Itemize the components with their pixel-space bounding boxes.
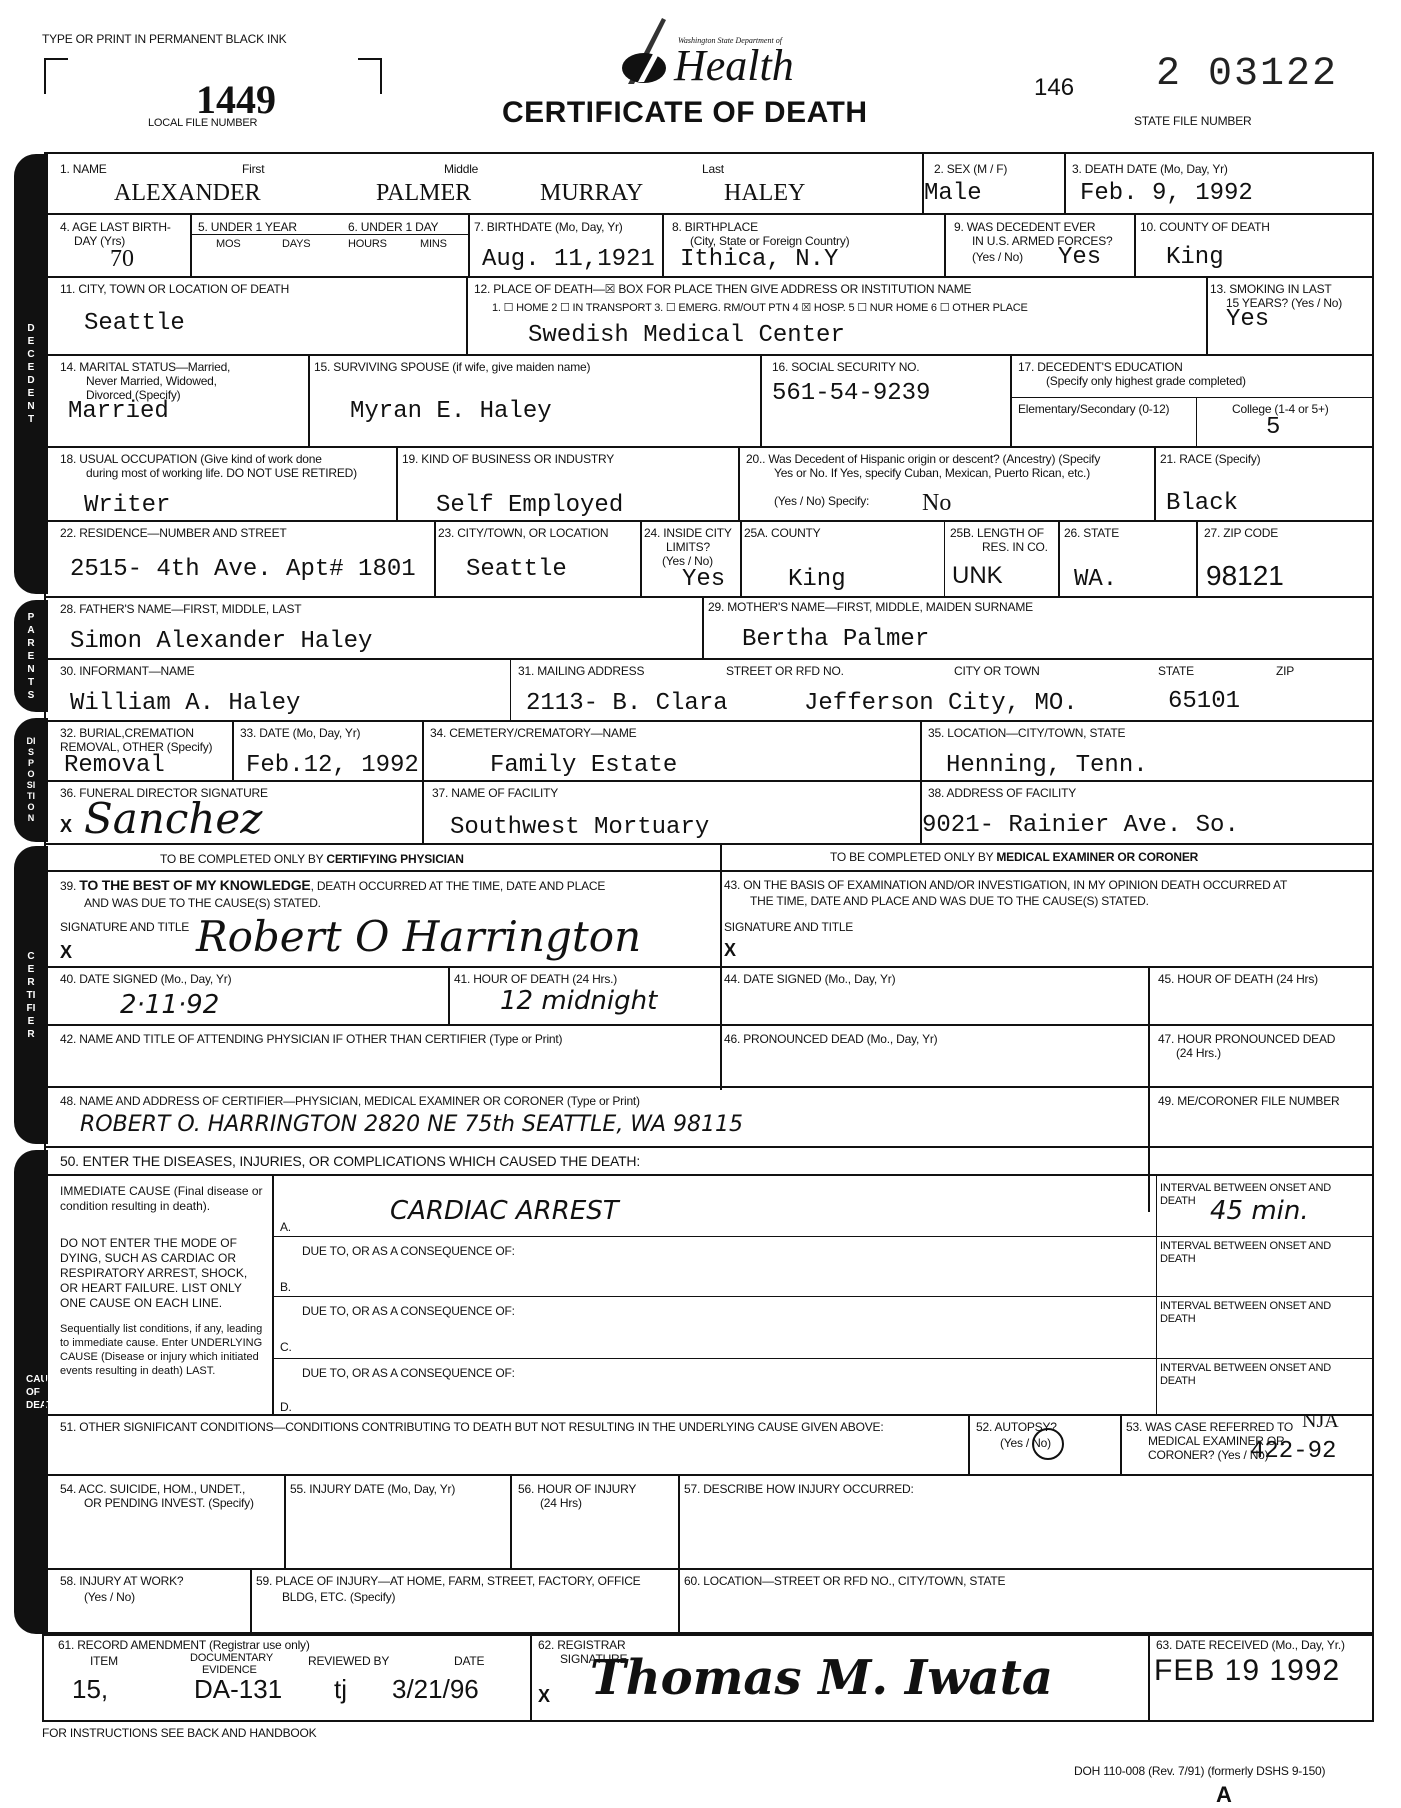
physician-signature: Robert O Harrington bbox=[196, 912, 641, 961]
field-39-label-2: AND WAS DUE TO THE CAUSE(S) STATED. bbox=[84, 896, 321, 910]
field-39-label: 39. TO THE BEST OF MY KNOWLEDGE, DEATH O… bbox=[60, 878, 605, 893]
corner-bracket-right bbox=[358, 58, 382, 94]
age-value: 70 bbox=[110, 246, 134, 273]
interval-a: 45 min. bbox=[1210, 1196, 1309, 1226]
field-46-label: 46. PRONOUNCED DEAD (Mo., Day, Yr) bbox=[724, 1032, 937, 1046]
field-50-label: 50. ENTER THE DISEASES, INJURIES, OR COM… bbox=[60, 1154, 640, 1168]
residence-street: 2515- 4th Ave. Apt# 1801 bbox=[70, 556, 416, 583]
field-59-label: 59. PLACE OF INJURY—AT HOME, FARM, STREE… bbox=[256, 1574, 640, 1588]
amendment-reviewed-by: tj bbox=[334, 1674, 347, 1705]
field-47-label-2: (24 Hrs.) bbox=[1176, 1046, 1221, 1060]
field-37-label: 37. NAME OF FACILITY bbox=[432, 786, 558, 800]
amendment-evidence: DA-131 bbox=[194, 1674, 282, 1705]
mailing-zip: 65101 bbox=[1168, 688, 1240, 715]
field-25b-label-2: RES. IN CO. bbox=[982, 540, 1048, 554]
field-3-label: 3. DEATH DATE (Mo, Day, Yr) bbox=[1072, 162, 1228, 176]
signature-x-mark: X bbox=[60, 942, 72, 963]
signature-title-label: SIGNATURE AND TITLE bbox=[60, 920, 189, 934]
referred-number: 422-92 bbox=[1250, 1438, 1336, 1465]
field-44-label: 44. DATE SIGNED (Mo., Day, Yr) bbox=[724, 972, 895, 986]
elementary-label: Elementary/Secondary (0-12) bbox=[1018, 402, 1169, 416]
field-11-label: 11. CITY, TOWN OR LOCATION OF DEATH bbox=[60, 282, 289, 296]
field-9-label-3: (Yes / No) bbox=[972, 250, 1023, 264]
tab-certifier: CERTIFIER bbox=[14, 846, 48, 1144]
field-49-label: 49. ME/CORONER FILE NUMBER bbox=[1158, 1094, 1340, 1108]
field-54-label-2: OR PENDING INVEST. (Specify) bbox=[84, 1496, 254, 1510]
cause-line-c-letter: C. bbox=[280, 1340, 292, 1354]
residence-county: King bbox=[788, 566, 846, 593]
last-name: HALEY bbox=[724, 180, 805, 207]
mailing-street: 2113- B. Clara bbox=[526, 690, 728, 717]
field-25b-label: 25B. LENGTH OF bbox=[950, 526, 1044, 540]
informant-name: William A. Haley bbox=[70, 690, 300, 717]
date-col-label: DATE bbox=[454, 1654, 484, 1668]
disposition-date: Feb.12, 1992 bbox=[246, 752, 419, 779]
mother-name: Bertha Palmer bbox=[742, 626, 929, 653]
college-value: 5 bbox=[1266, 414, 1280, 441]
residence-state: WA. bbox=[1074, 566, 1117, 593]
sex-value: Male bbox=[924, 180, 982, 207]
underlying-cause-instruction: Sequentially list conditions, if any, le… bbox=[60, 1322, 266, 1378]
field-20-label: 20.. Was Decedent of Hispanic origin or … bbox=[746, 452, 1100, 466]
field-58-label: 58. INJURY AT WORK? bbox=[60, 1574, 183, 1588]
cause-line-a: CARDIAC ARREST bbox=[390, 1196, 619, 1226]
item-col-label: ITEM bbox=[90, 1654, 118, 1668]
corner-bracket-left bbox=[44, 58, 68, 94]
due-to-d-label: DUE TO, OR AS A CONSEQUENCE OF: bbox=[302, 1366, 515, 1380]
physician-section-header: TO BE COMPLETED ONLY BY CERTIFYING PHYSI… bbox=[160, 852, 464, 866]
field-61-label: 61. RECORD AMENDMENT (Registrar use only… bbox=[58, 1638, 310, 1652]
facility-name: Southwest Mortuary bbox=[450, 814, 709, 841]
place-of-death: Swedish Medical Center bbox=[528, 322, 845, 349]
field-1-label: 1. NAME bbox=[60, 162, 107, 176]
field-32-label: 32. BURIAL,CREMATION bbox=[60, 726, 194, 740]
city-label: CITY OR TOWN bbox=[954, 664, 1040, 678]
tab-disposition: DISPOSITION bbox=[14, 718, 48, 842]
street-label: STREET OR RFD NO. bbox=[726, 664, 844, 678]
birthplace: Ithica, N.Y bbox=[680, 246, 838, 273]
field-15-label: 15. SURVIVING SPOUSE (if wife, give maid… bbox=[314, 360, 590, 374]
field-40-label: 40. DATE SIGNED (Mo., Day, Yr) bbox=[60, 972, 231, 986]
due-to-b-label: DUE TO, OR AS A CONSEQUENCE OF: bbox=[302, 1244, 515, 1258]
state-label: STATE bbox=[1158, 664, 1194, 678]
residence-city: Seattle bbox=[466, 556, 567, 583]
father-name: Simon Alexander Haley bbox=[70, 628, 372, 655]
city-of-death: Seattle bbox=[84, 310, 185, 337]
code-146: 146 bbox=[1034, 74, 1074, 102]
date-signed: 2·11·92 bbox=[120, 990, 219, 1020]
field-48-label: 48. NAME AND ADDRESS OF CERTIFIER—PHYSIC… bbox=[60, 1094, 640, 1108]
field-22-label: 22. RESIDENCE—NUMBER AND STREET bbox=[60, 526, 287, 540]
middle-name: PALMER bbox=[376, 180, 471, 207]
surviving-spouse: Myran E. Haley bbox=[350, 398, 552, 425]
date-received-stamp: FEB 19 1992 bbox=[1154, 1654, 1340, 1688]
field-17-sub: (Specify only highest grade completed) bbox=[1046, 374, 1246, 388]
field-9-label: 9. WAS DECEDENT EVER bbox=[954, 220, 1095, 234]
occupation: Writer bbox=[84, 492, 170, 519]
field-8-label: 8. BIRTHPLACE bbox=[672, 220, 758, 234]
tab-decedent: DECEDENT bbox=[14, 154, 48, 594]
me-signature-label: SIGNATURE AND TITLE bbox=[724, 920, 853, 934]
zip-code: 98121 bbox=[1206, 560, 1284, 592]
field-47-label: 47. HOUR PRONOUNCED DEAD bbox=[1158, 1032, 1335, 1046]
mode-of-dying-instruction: DO NOT ENTER THE MODE OF DYING, SUCH AS … bbox=[60, 1236, 266, 1311]
field-33-label: 33. DATE (Mo, Day, Yr) bbox=[240, 726, 360, 740]
page-title: CERTIFICATE OF DEATH bbox=[502, 96, 868, 130]
local-file-number: 1449 bbox=[196, 80, 276, 120]
amendment-date: 3/21/96 bbox=[392, 1674, 479, 1705]
facility-address: 9021- Rainier Ave. So. bbox=[922, 812, 1239, 839]
field-23-label: 23. CITY/TOWN, OR LOCATION bbox=[438, 526, 608, 540]
marital-status: Married bbox=[68, 398, 169, 425]
race-value: Black bbox=[1166, 490, 1238, 517]
field-43-label-2: THE TIME, DATE AND PLACE AND WAS DUE TO … bbox=[750, 894, 1149, 908]
funeral-director-signature: Sanchez bbox=[84, 794, 262, 843]
field-27-label: 27. ZIP CODE bbox=[1204, 526, 1278, 540]
field-18-label: 18. USUAL OCCUPATION (Give kind of work … bbox=[60, 452, 322, 466]
inside-city-value: Yes bbox=[682, 566, 725, 593]
field-45-label: 45. HOUR OF DEATH (24 Hrs) bbox=[1158, 972, 1318, 986]
field-38-label: 38. ADDRESS OF FACILITY bbox=[928, 786, 1076, 800]
state-file-number-label: STATE FILE NUMBER bbox=[1134, 114, 1252, 128]
reviewed-col-label: REVIEWED BY bbox=[308, 1654, 389, 1668]
field-26-label: 26. STATE bbox=[1064, 526, 1119, 540]
zip-label: ZIP bbox=[1276, 664, 1294, 678]
field-31-label: 31. MAILING ADDRESS bbox=[518, 664, 644, 678]
mins-label: MINS bbox=[420, 238, 447, 251]
registrar-signature: Thomas M. Iwata bbox=[590, 1650, 1053, 1706]
hispanic-value: No bbox=[922, 490, 951, 517]
birthdate: Aug. 11,1921 bbox=[482, 246, 655, 273]
instructions-note: FOR INSTRUCTIONS SEE BACK AND HANDBOOK bbox=[42, 1726, 316, 1740]
field-59-label-2: BLDG, ETC. (Specify) bbox=[282, 1590, 395, 1604]
field-14-label-2: Never Married, Widowed, bbox=[86, 374, 217, 388]
field-13-label: 13. SMOKING IN LAST bbox=[1210, 282, 1332, 296]
field-19-label: 19. KIND OF BUSINESS OR INDUSTRY bbox=[402, 452, 614, 466]
county-of-death: King bbox=[1166, 244, 1224, 271]
middle-name-2: MURRAY bbox=[540, 180, 643, 207]
cause-line-a-letter: A. bbox=[280, 1220, 291, 1234]
interval-label-b: INTERVAL BETWEEN ONSET AND DEATH bbox=[1160, 1240, 1360, 1266]
field-18-label-2: during most of working life. DO NOT USE … bbox=[86, 466, 357, 480]
cemetery-location: Henning, Tenn. bbox=[946, 752, 1148, 779]
health-logo-icon bbox=[614, 16, 676, 86]
field-24-label-2: LIMITS? bbox=[666, 540, 710, 554]
local-file-number-label: LOCAL FILE NUMBER bbox=[148, 116, 257, 130]
hours-label: HOURS bbox=[348, 238, 387, 251]
field-56-label-2: (24 Hrs) bbox=[540, 1496, 582, 1510]
place-of-death-options: 1. ☐ HOME 2 ☐ IN TRANSPORT 3. ☐ EMERG. R… bbox=[492, 302, 1028, 315]
me-section-header: TO BE COMPLETED ONLY BY MEDICAL EXAMINER… bbox=[830, 850, 1198, 864]
industry: Self Employed bbox=[436, 492, 623, 519]
interval-label-d: INTERVAL BETWEEN ONSET AND DEATH bbox=[1160, 1362, 1360, 1388]
field-34-label: 34. CEMETERY/CREMATORY—NAME bbox=[430, 726, 636, 740]
field-10-label: 10. COUNTY OF DEATH bbox=[1140, 220, 1270, 234]
length-of-residence: UNK bbox=[952, 562, 1003, 590]
due-to-c-label: DUE TO, OR AS A CONSEQUENCE OF: bbox=[302, 1304, 515, 1318]
field-58-label-2: (Yes / No) bbox=[84, 1590, 135, 1604]
state-file-number: 2 03122 bbox=[1156, 52, 1338, 97]
field-17-label: 17. DECEDENT'S EDUCATION bbox=[1018, 360, 1183, 374]
autopsy-no-circle bbox=[1032, 1428, 1064, 1460]
first-name: ALEXANDER bbox=[114, 180, 261, 207]
field-16-label: 16. SOCIAL SECURITY NO. bbox=[772, 360, 919, 374]
ink-instruction: TYPE OR PRINT IN PERMANENT BLACK INK bbox=[42, 32, 286, 46]
field-51-label: 51. OTHER SIGNIFICANT CONDITIONS—CONDITI… bbox=[60, 1420, 883, 1434]
referred-nja: NJA bbox=[1302, 1410, 1339, 1433]
ssn-value: 561-54-9239 bbox=[772, 380, 930, 407]
immediate-cause-instruction: IMMEDIATE CAUSE (Final disease or condit… bbox=[60, 1184, 266, 1214]
cause-line-b-letter: B. bbox=[280, 1280, 291, 1294]
cause-line-d-letter: D. bbox=[280, 1400, 292, 1414]
smoking-value: Yes bbox=[1226, 306, 1269, 333]
field-53-label: 53. WAS CASE REFERRED TO bbox=[1126, 1420, 1293, 1434]
middle-label: Middle bbox=[444, 162, 478, 176]
field-43-label: 43. ON THE BASIS OF EXAMINATION AND/OR I… bbox=[724, 878, 1287, 892]
field-14-label: 14. MARITAL STATUS—Married, bbox=[60, 360, 230, 374]
registrar-x-mark: X bbox=[538, 1686, 550, 1707]
field-20-label-3: (Yes / No) Specify: bbox=[774, 494, 869, 508]
field-20-label-2: Yes or No. If Yes, specify Cuban, Mexica… bbox=[774, 466, 1090, 480]
field-24-label: 24. INSIDE CITY bbox=[644, 526, 732, 540]
hour-of-death: 12 midnight bbox=[500, 986, 657, 1016]
field-21-label: 21. RACE (Specify) bbox=[1160, 452, 1260, 466]
field-30-label: 30. INFORMANT—NAME bbox=[60, 664, 194, 678]
death-date: Feb. 9, 1992 bbox=[1080, 180, 1253, 207]
field-55-label: 55. INJURY DATE (Mo, Day, Yr) bbox=[290, 1482, 455, 1496]
days-label: DAYS bbox=[282, 238, 310, 251]
field-35-label: 35. LOCATION—CITY/TOWN, STATE bbox=[928, 726, 1125, 740]
field-2-label: 2. SEX (M / F) bbox=[934, 162, 1007, 176]
amendment-item: 15, bbox=[72, 1674, 108, 1705]
health-wordmark: Health bbox=[674, 42, 794, 90]
field-28-label: 28. FATHER'S NAME—FIRST, MIDDLE, LAST bbox=[60, 602, 301, 616]
tab-parents: PARENTS bbox=[14, 600, 48, 712]
signature-x-mark: X bbox=[60, 816, 72, 837]
form-number: DOH 110-008 (Rev. 7/91) (formerly DSHS 9… bbox=[1074, 1764, 1325, 1778]
field-63-label: 63. DATE RECEIVED (Mo., Day, Yr.) bbox=[1156, 1638, 1345, 1652]
tab-cause-of-death: CAUSE OF DEATH bbox=[14, 1150, 48, 1634]
field-5-label: 5. UNDER 1 YEAR bbox=[198, 220, 297, 234]
field-54-label: 54. ACC. SUICIDE, HOM., UNDET., bbox=[60, 1482, 245, 1496]
me-signature-x-mark: X bbox=[724, 940, 736, 961]
field-7-label: 7. BIRTHDATE (Mo, Day, Yr) bbox=[474, 220, 623, 234]
mailing-city: Jefferson City, MO. bbox=[804, 690, 1078, 717]
certifier-name-address: ROBERT O. HARRINGTON 2820 NE 75th SEATTL… bbox=[80, 1112, 743, 1137]
mos-label: MOS bbox=[216, 238, 240, 251]
field-6-label: 6. UNDER 1 DAY bbox=[348, 220, 438, 234]
armed-forces-value: Yes bbox=[1058, 244, 1101, 271]
field-12-label: 12. PLACE OF DEATH—☒ BOX FOR PLACE THEN … bbox=[474, 282, 971, 296]
last-label: Last bbox=[702, 162, 724, 176]
field-57-label: 57. DESCRIBE HOW INJURY OCCURRED: bbox=[684, 1482, 914, 1496]
field-41-label: 41. HOUR OF DEATH (24 Hrs.) bbox=[454, 972, 617, 986]
field-42-label: 42. NAME AND TITLE OF ATTENDING PHYSICIA… bbox=[60, 1032, 562, 1046]
field-25a-label: 25A. COUNTY bbox=[744, 526, 821, 540]
cemetery-name: Family Estate bbox=[490, 752, 677, 779]
disposition-method: Removal bbox=[64, 752, 165, 779]
field-4-label: 4. AGE LAST BIRTH- bbox=[60, 220, 171, 234]
field-60-label: 60. LOCATION—STREET OR RFD NO., CITY/TOW… bbox=[684, 1574, 1005, 1588]
copy-letter: A bbox=[1216, 1782, 1232, 1808]
interval-label-c: INTERVAL BETWEEN ONSET AND DEATH bbox=[1160, 1300, 1360, 1326]
field-29-label: 29. MOTHER'S NAME—FIRST, MIDDLE, MAIDEN … bbox=[708, 600, 1033, 614]
field-56-label: 56. HOUR OF INJURY bbox=[518, 1482, 636, 1496]
first-label: First bbox=[242, 162, 264, 176]
